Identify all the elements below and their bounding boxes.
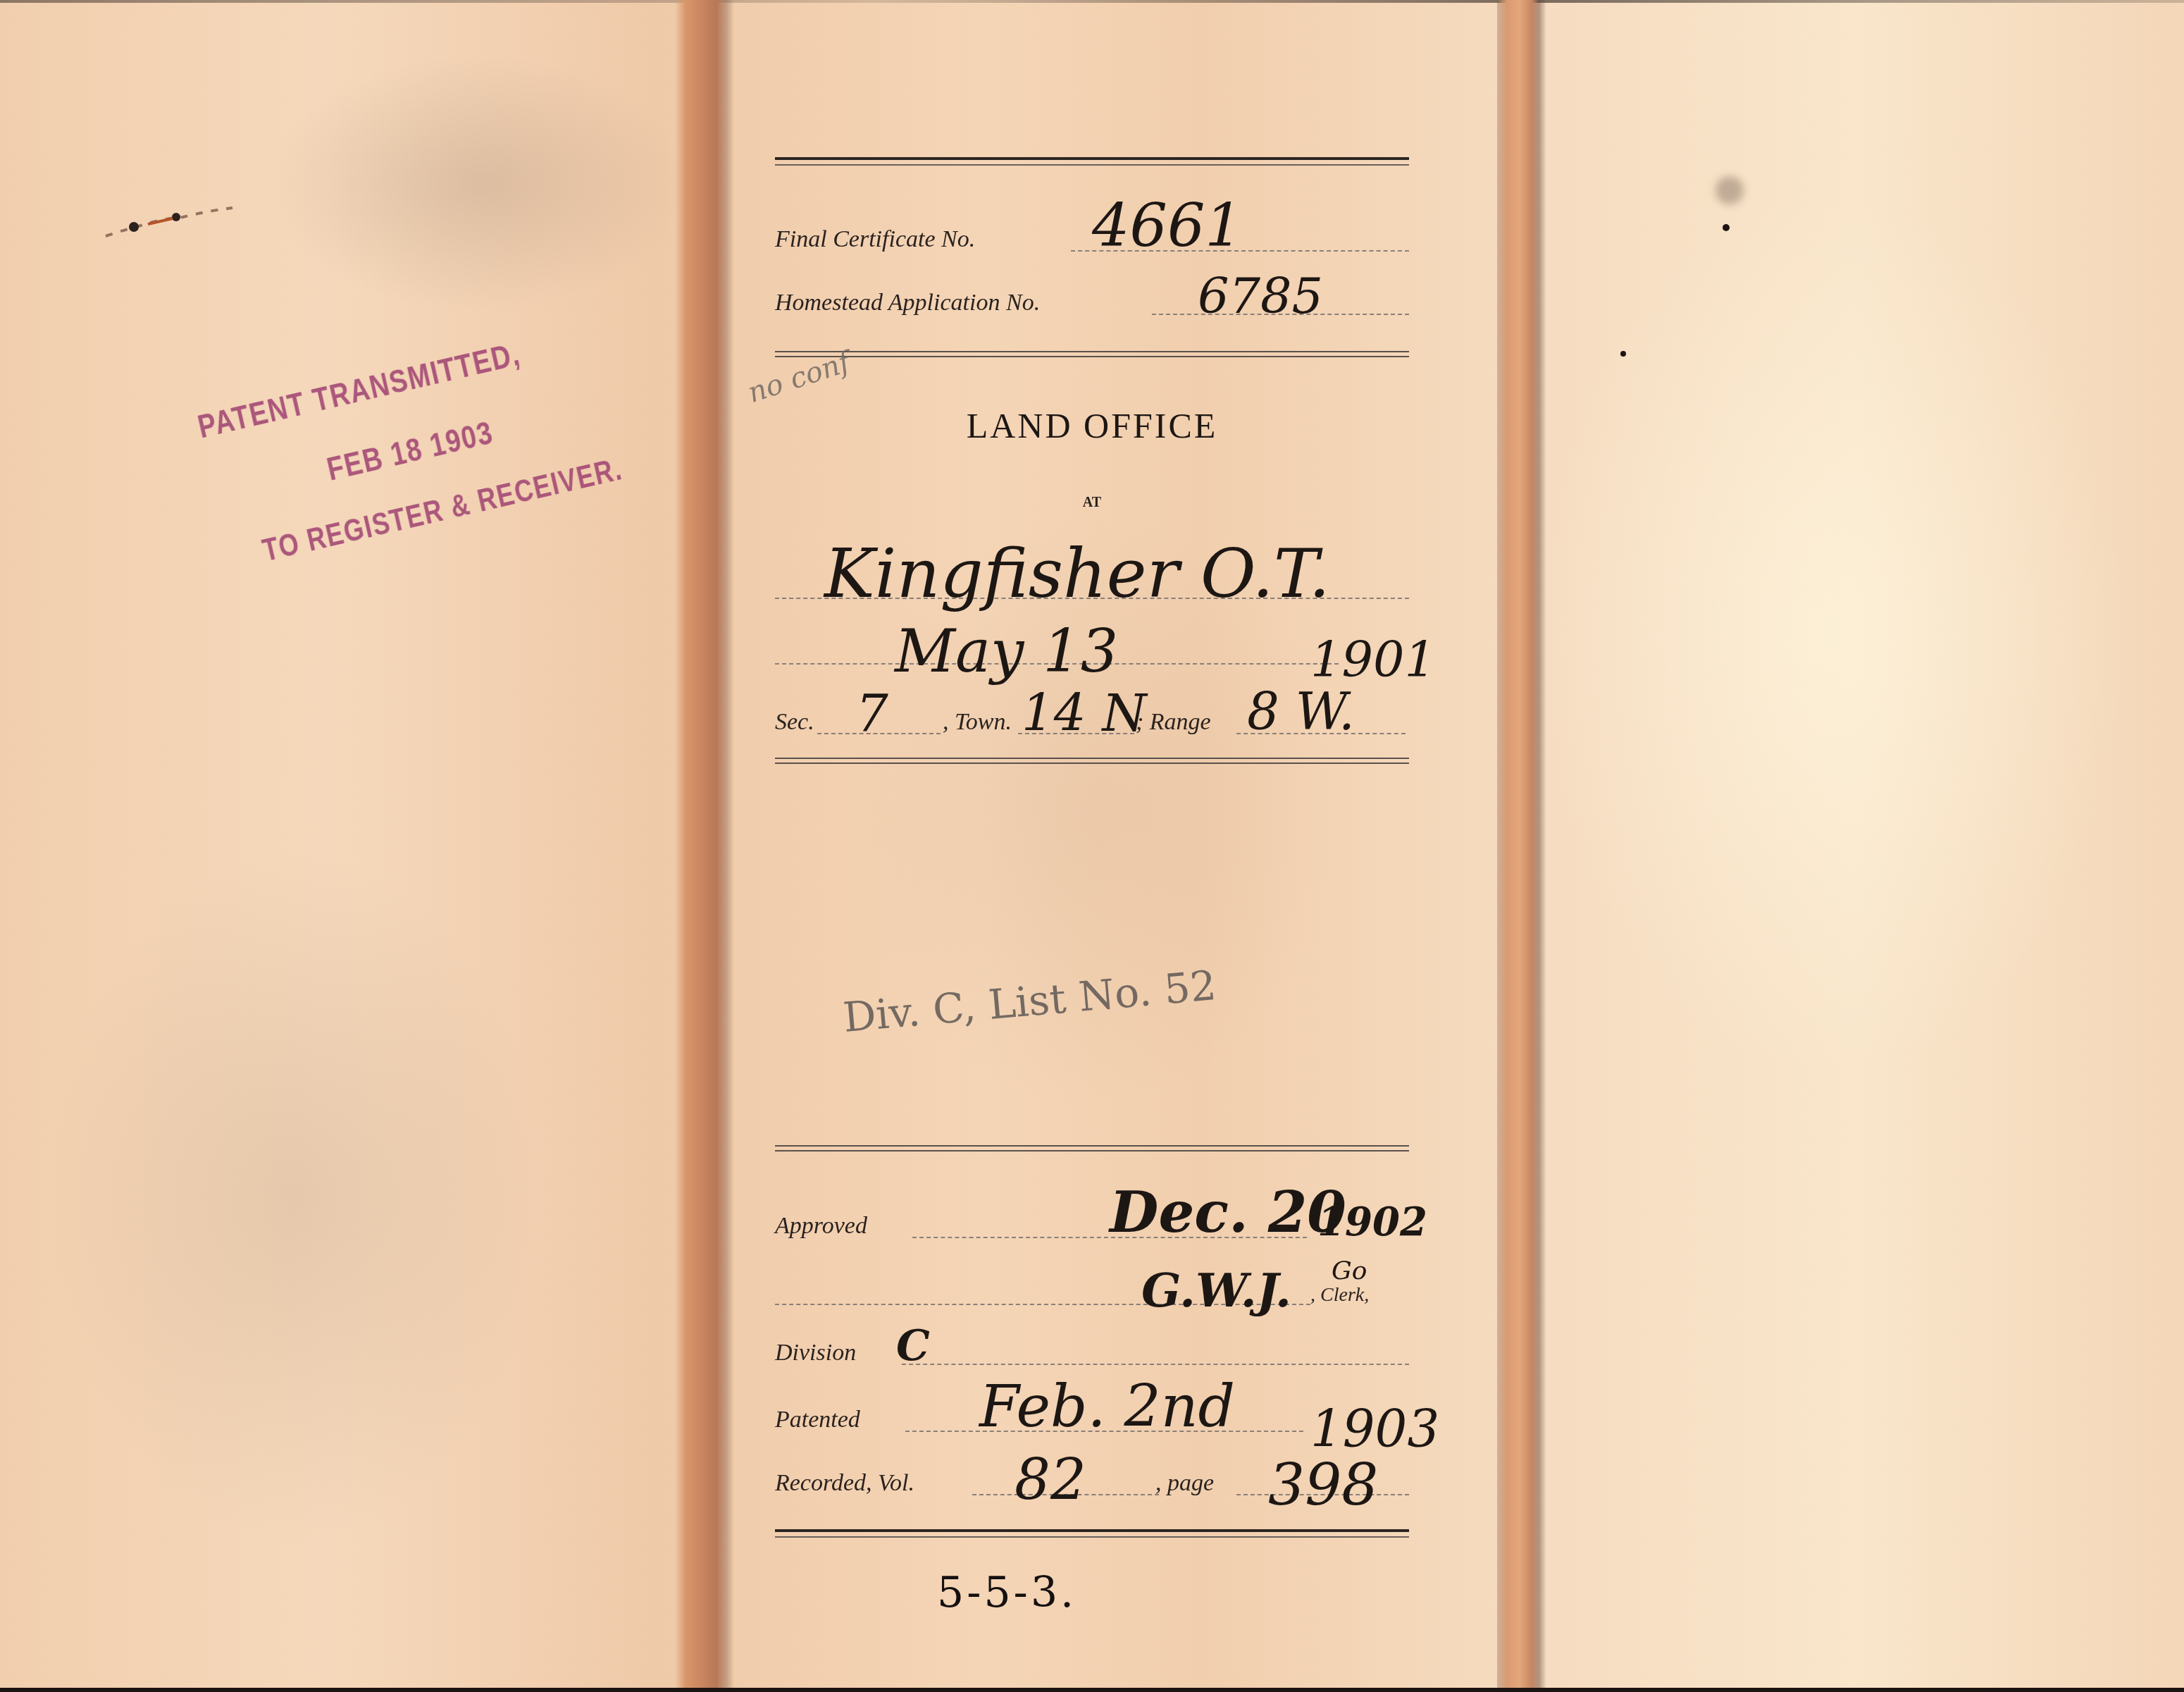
- bottom-edge: [0, 1688, 2184, 1692]
- range-label: ; Range: [1136, 709, 1211, 736]
- tear-mark-icon: [99, 190, 240, 247]
- rule: [775, 758, 1409, 759]
- recorded-page-value: 398: [1268, 1452, 1379, 1519]
- stamp-line-3: TO REGISTER & RECEIVER.: [259, 452, 626, 569]
- approved-row: Approved Dec. 20 1902: [775, 1187, 1409, 1244]
- land-office-heading: LAND OFFICE: [775, 405, 1409, 446]
- date-row: May 13 1901: [775, 610, 1409, 673]
- recorded-vol-label: Recorded, Vol.: [775, 1470, 914, 1497]
- clerk-row: G.W.J. Go , Clerk,: [775, 1254, 1409, 1311]
- date-year: 1901: [1310, 631, 1436, 688]
- office-location-value: Kingfisher O.T.: [824, 534, 1330, 613]
- left-panel: PATENT TRANSMITTED, FEB 18 1903 TO REGIS…: [0, 0, 680, 1692]
- rule: [775, 1145, 1409, 1147]
- recorded-row: Recorded, Vol. 82 , page 398: [775, 1445, 1409, 1501]
- date-month-day: May 13: [895, 617, 1118, 686]
- division-label: Division: [775, 1340, 856, 1366]
- patented-label: Patented: [775, 1407, 860, 1433]
- bottom-rule: [775, 1529, 1409, 1532]
- stain: [1715, 176, 1744, 204]
- clerk-label: , Clerk,: [1310, 1284, 1369, 1307]
- top-rule: [775, 157, 1409, 160]
- approved-label: Approved: [775, 1213, 867, 1240]
- approved-year: 1902: [1317, 1199, 1427, 1245]
- final-certificate-row: Final Certificate No. 4661: [775, 215, 1409, 257]
- section-value: 7: [856, 684, 888, 743]
- final-certificate-label: Final Certificate No.: [775, 226, 975, 253]
- section-label: Sec.: [775, 709, 814, 736]
- town-value: 14 N: [1022, 684, 1147, 743]
- stamp-date: FEB 18 1903: [323, 413, 497, 488]
- homestead-application-value: 6785: [1198, 267, 1323, 325]
- ink-spot: [1723, 224, 1730, 231]
- recorded-page-label: , page: [1155, 1470, 1214, 1497]
- approved-date: Dec. 20: [1110, 1179, 1346, 1245]
- homestead-application-label: Homestead Application No.: [775, 290, 1040, 316]
- patented-row: Patented Feb. 2nd 1903: [775, 1381, 1409, 1438]
- town-label: , Town.: [943, 709, 1012, 736]
- ink-spot: [1620, 351, 1626, 357]
- recorded-vol-value: 82: [1015, 1447, 1086, 1512]
- dotted-line: [902, 1364, 1409, 1365]
- homestead-application-row: Homestead Application No. 6785: [775, 278, 1409, 321]
- range-value: 8 W.: [1247, 682, 1355, 741]
- bottom-note: 5-5-3.: [937, 1568, 1077, 1617]
- division-row: Division C: [775, 1321, 1409, 1371]
- at-label: AT: [775, 495, 1409, 511]
- division-value: C: [896, 1321, 930, 1371]
- clerk-initials: G.W.J.: [1141, 1263, 1291, 1318]
- office-location-row: Kingfisher O.T.: [775, 536, 1409, 606]
- patented-date: Feb. 2nd: [979, 1373, 1235, 1440]
- left-fold-crease: [675, 0, 734, 1692]
- right-panel: [1539, 0, 2184, 1692]
- clerk-suffix: Go: [1332, 1256, 1367, 1285]
- final-certificate-value: 4661: [1092, 191, 1243, 260]
- rule: [775, 351, 1409, 352]
- sec-town-range-row: Sec. 7 , Town. 14 N ; Range 8 W.: [775, 684, 1409, 740]
